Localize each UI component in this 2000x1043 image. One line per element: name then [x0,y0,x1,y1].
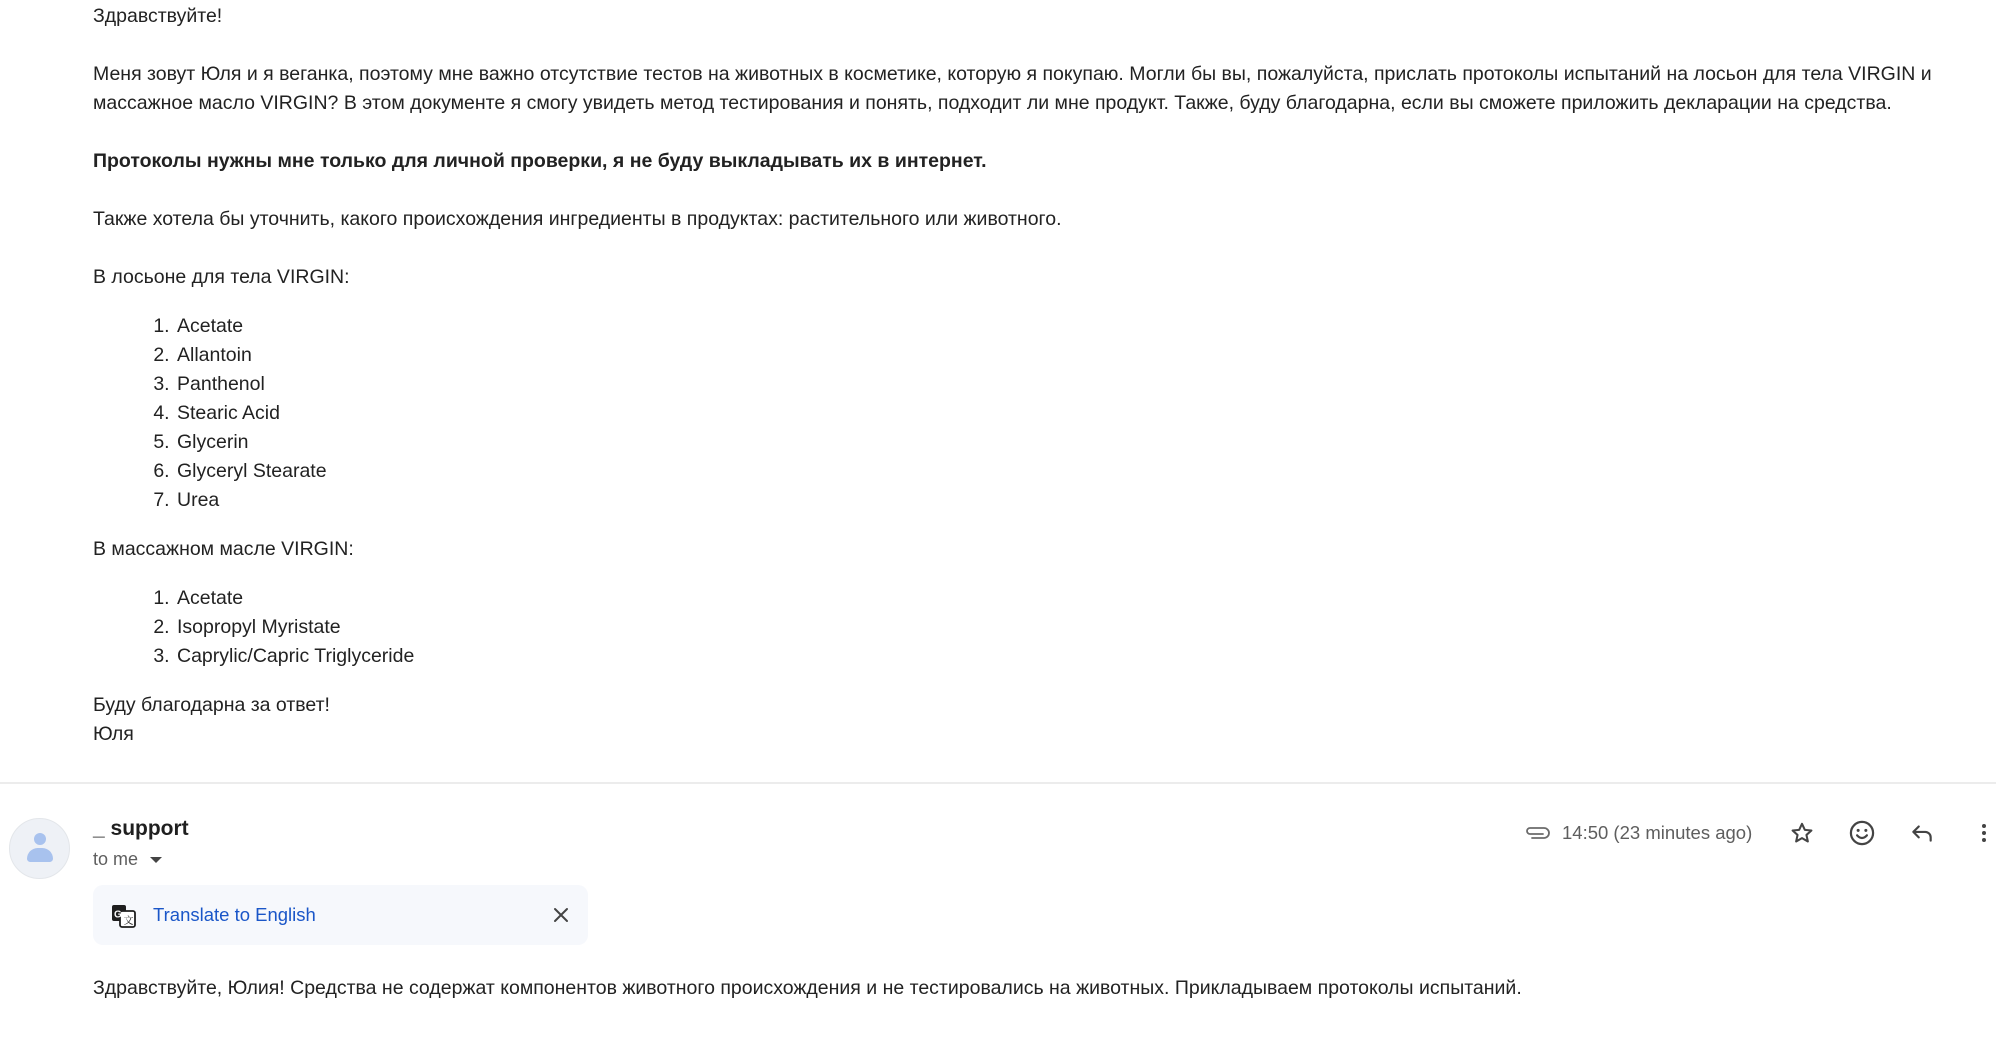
message-divider [0,782,1996,784]
ingredient-question: Также хотела бы уточнить, какого происхо… [93,205,1973,234]
oil-ingredient-list: Acetate Isopropyl Myristate Caprylic/Cap… [93,584,1973,671]
list-item: Allantoin [175,341,1973,370]
add-reaction-button[interactable] [1842,813,1882,853]
emoji-icon [1848,819,1876,847]
list-item: Acetate [175,584,1973,613]
close-icon[interactable] [551,905,571,925]
list-item: Acetate [175,312,1973,341]
signature: Юля [93,720,1973,749]
recipient-label: to me [93,849,138,870]
avatar[interactable] [9,818,70,879]
list-item: Panthenol [175,370,1973,399]
list-item: Glycerin [175,428,1973,457]
recipient-details-toggle[interactable]: to me [93,849,162,870]
chevron-down-icon [150,857,162,863]
star-button[interactable] [1782,813,1822,853]
svg-text:文: 文 [124,915,134,927]
translate-bar: G 文 Translate to English [93,885,588,945]
list-item: Isopropyl Myristate [175,613,1973,642]
bold-note: Протоколы нужны мне только для личной пр… [93,147,1973,176]
lotion-ingredient-list: Acetate Allantoin Panthenol Stearic Acid… [93,312,1973,515]
list-item: Stearic Acid [175,399,1973,428]
attachment-icon [1524,826,1550,840]
translate-link[interactable]: Translate to English [153,904,316,926]
message-meta: 14:50 (23 minutes ago) [1524,816,1752,850]
closing: Буду благодарна за ответ! [93,691,1973,720]
oil-heading: В массажном масле VIRGIN: [93,535,1973,564]
greeting: Здравствуйте! [93,2,1973,31]
translate-icon: G 文 [111,903,137,929]
reply-icon [1909,820,1935,846]
svg-text:G: G [114,910,122,921]
list-item: Caprylic/Capric Triglyceride [175,642,1973,671]
lotion-heading: В лосьоне для тела VIRGIN: [93,263,1973,292]
star-icon [1789,820,1815,846]
more-vert-icon [1972,821,1996,845]
person-icon [34,833,46,845]
message-body-1: Здравствуйте! Меня зовут Юля и я веганка… [93,2,1973,749]
reply-button[interactable] [1902,813,1942,853]
list-item: Urea [175,486,1973,515]
sender-name[interactable]: _ support [93,817,189,841]
more-options-button[interactable] [1964,813,2000,853]
paragraph-request: Меня зовут Юля и я веганка, поэтому мне … [93,60,1973,118]
list-item: Glyceryl Stearate [175,457,1973,486]
message-body-2: Здравствуйте, Юлия! Средства не содержат… [93,974,1522,1003]
person-icon-body [27,848,53,862]
timestamp: 14:50 (23 minutes ago) [1562,822,1752,844]
